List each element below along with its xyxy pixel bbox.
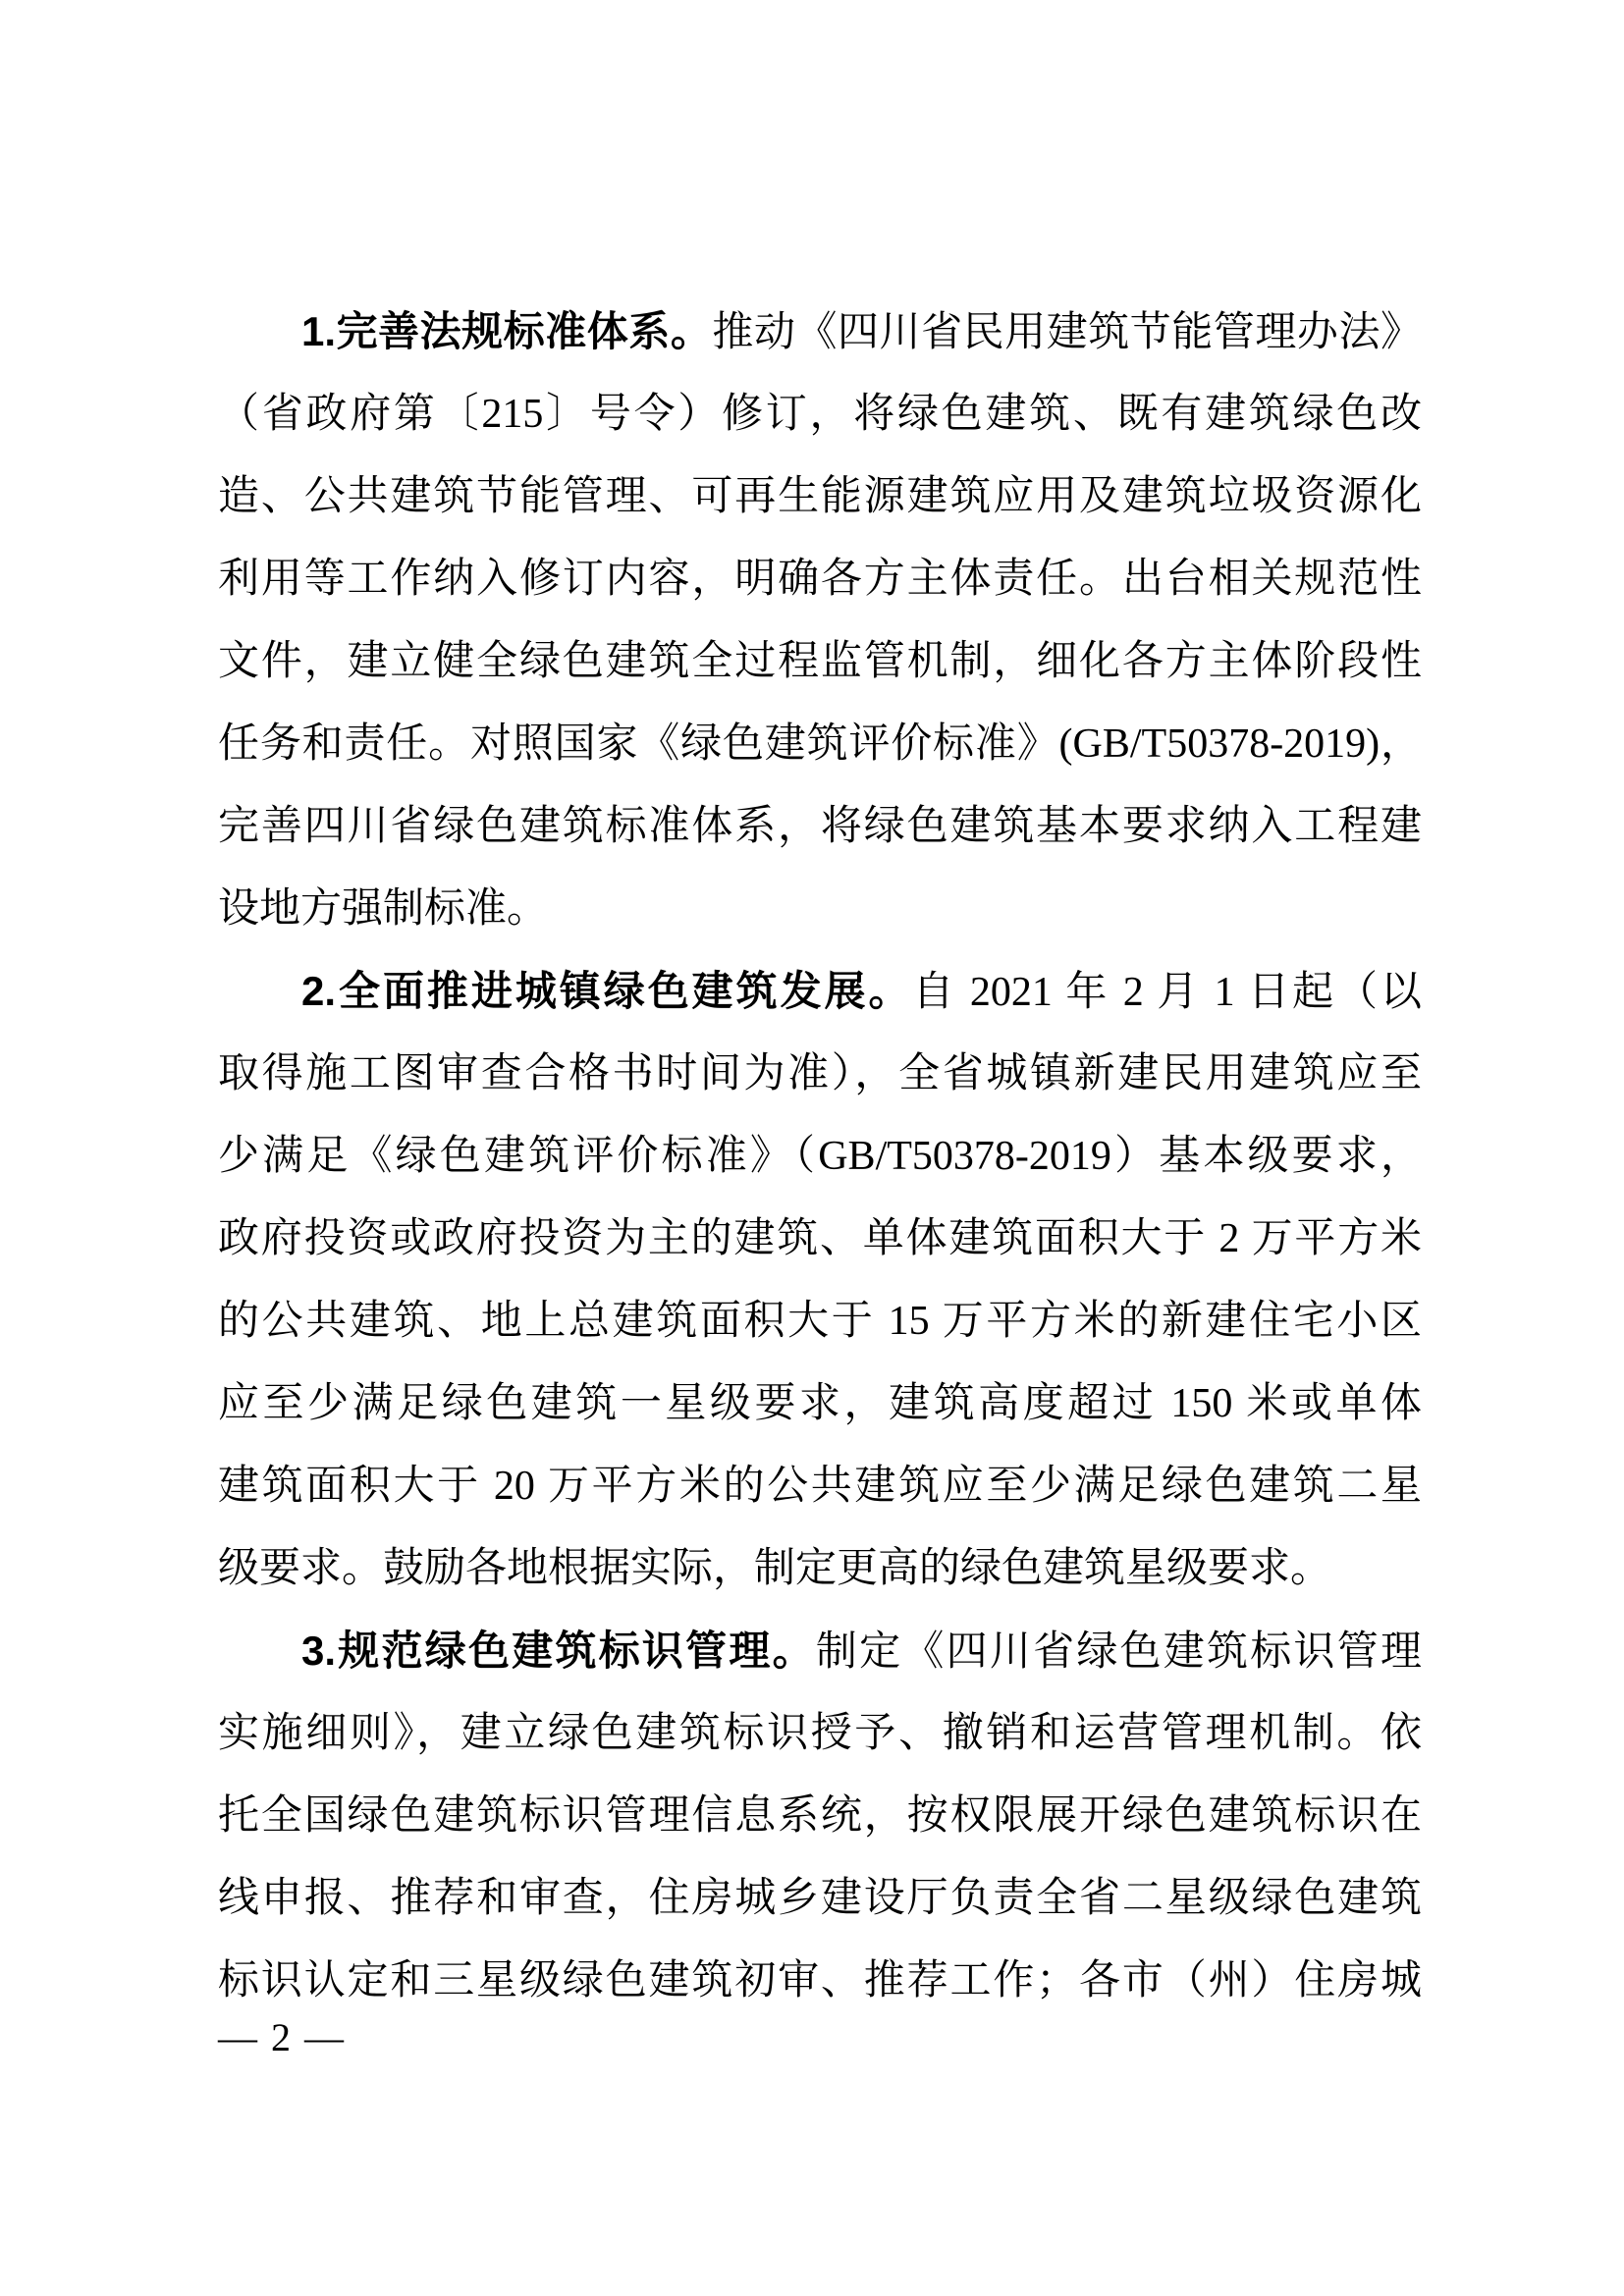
- paragraph-1-text: 推动《四川省民用建筑节能管理办法》: [712, 310, 1422, 355]
- text-line: 完善四川省绿色建筑标准体系，将绿色建筑基本要求纳入工程建: [218, 785, 1422, 868]
- text-line: 实施细则》，建立绿色建筑标识授予、撤销和运营管理机制。依: [218, 1692, 1422, 1775]
- document-page: 1.完善法规标准体系。推动《四川省民用建筑节能管理办法》 （省政府第〔215〕号…: [0, 0, 1624, 2296]
- text-line: 利用等工作纳入修订内容，明确各方主体责任。出台相关规范性: [218, 538, 1422, 620]
- text-line: 取得施工图审查合格书时间为准），全省城镇新建民用建筑应至: [218, 1033, 1422, 1115]
- paragraph-3-text: 制定《四川省绿色建筑标识管理: [816, 1629, 1422, 1675]
- paragraph-2-heading: 2.全面推进城镇绿色建筑发展。: [301, 968, 912, 1014]
- text-line: 标识认定和三星级绿色建筑初审、推荐工作；各市（州）住房城: [218, 1940, 1422, 2022]
- text-line: 建筑面积大于 20 万平方米的公共建筑应至少满足绿色建筑二星: [218, 1445, 1422, 1527]
- text-line: 2.全面推进城镇绿色建筑发展。自 2021 年 2 月 1 日起（以: [218, 950, 1422, 1033]
- text-line: 的公共建筑、地上总建筑面积大于 15 万平方米的新建住宅小区: [218, 1280, 1422, 1362]
- text-line: 少满足《绿色建筑评价标准》（GB/T50378-2019）基本级要求，: [218, 1115, 1422, 1198]
- text-line: 应至少满足绿色建筑一星级要求，建筑高度超过 150 米或单体: [218, 1362, 1422, 1445]
- text-line: 政府投资或政府投资为主的建筑、单体建筑面积大于 2 万平方米: [218, 1198, 1422, 1280]
- text-line: 文件，建立健全绿色建筑全过程监管机制，细化各方主体阶段性: [218, 620, 1422, 703]
- text-line: 任务和责任。对照国家《绿色建筑评价标准》(GB/T50378-2019)，: [218, 703, 1422, 785]
- text-line: 级要求。鼓励各地根据实际，制定更高的绿色建筑星级要求。: [218, 1527, 1422, 1610]
- text-line: （省政府第〔215〕号令）修订，将绿色建筑、既有建筑绿色改: [218, 373, 1422, 455]
- paragraph-1: 1.完善法规标准体系。推动《四川省民用建筑节能管理办法》 （省政府第〔215〕号…: [218, 291, 1422, 950]
- paragraph-3-heading: 3.规范绿色建筑标识管理。: [301, 1628, 816, 1674]
- paragraph-3: 3.规范绿色建筑标识管理。制定《四川省绿色建筑标识管理 实施细则》，建立绿色建筑…: [218, 1610, 1422, 2022]
- text-line: 造、公共建筑节能管理、可再生能源建筑应用及建筑垃圾资源化: [218, 455, 1422, 538]
- document-body: 1.完善法规标准体系。推动《四川省民用建筑节能管理办法》 （省政府第〔215〕号…: [218, 291, 1422, 2022]
- page-number: — 2 —: [218, 2014, 346, 2061]
- text-line: 线申报、推荐和审查，住房城乡建设厅负责全省二星级绿色建筑: [218, 1857, 1422, 1940]
- text-line: 3.规范绿色建筑标识管理。制定《四川省绿色建筑标识管理: [218, 1610, 1422, 1692]
- text-line: 1.完善法规标准体系。推动《四川省民用建筑节能管理办法》: [218, 291, 1422, 373]
- text-line: 设地方强制标准。: [218, 868, 1422, 950]
- paragraph-1-heading: 1.完善法规标准体系。: [301, 308, 712, 354]
- paragraph-2: 2.全面推进城镇绿色建筑发展。自 2021 年 2 月 1 日起（以 取得施工图…: [218, 950, 1422, 1610]
- text-line: 托全国绿色建筑标识管理信息系统，按权限展开绿色建筑标识在: [218, 1775, 1422, 1857]
- paragraph-2-text: 自 2021 年 2 月 1 日起（以: [912, 970, 1422, 1015]
